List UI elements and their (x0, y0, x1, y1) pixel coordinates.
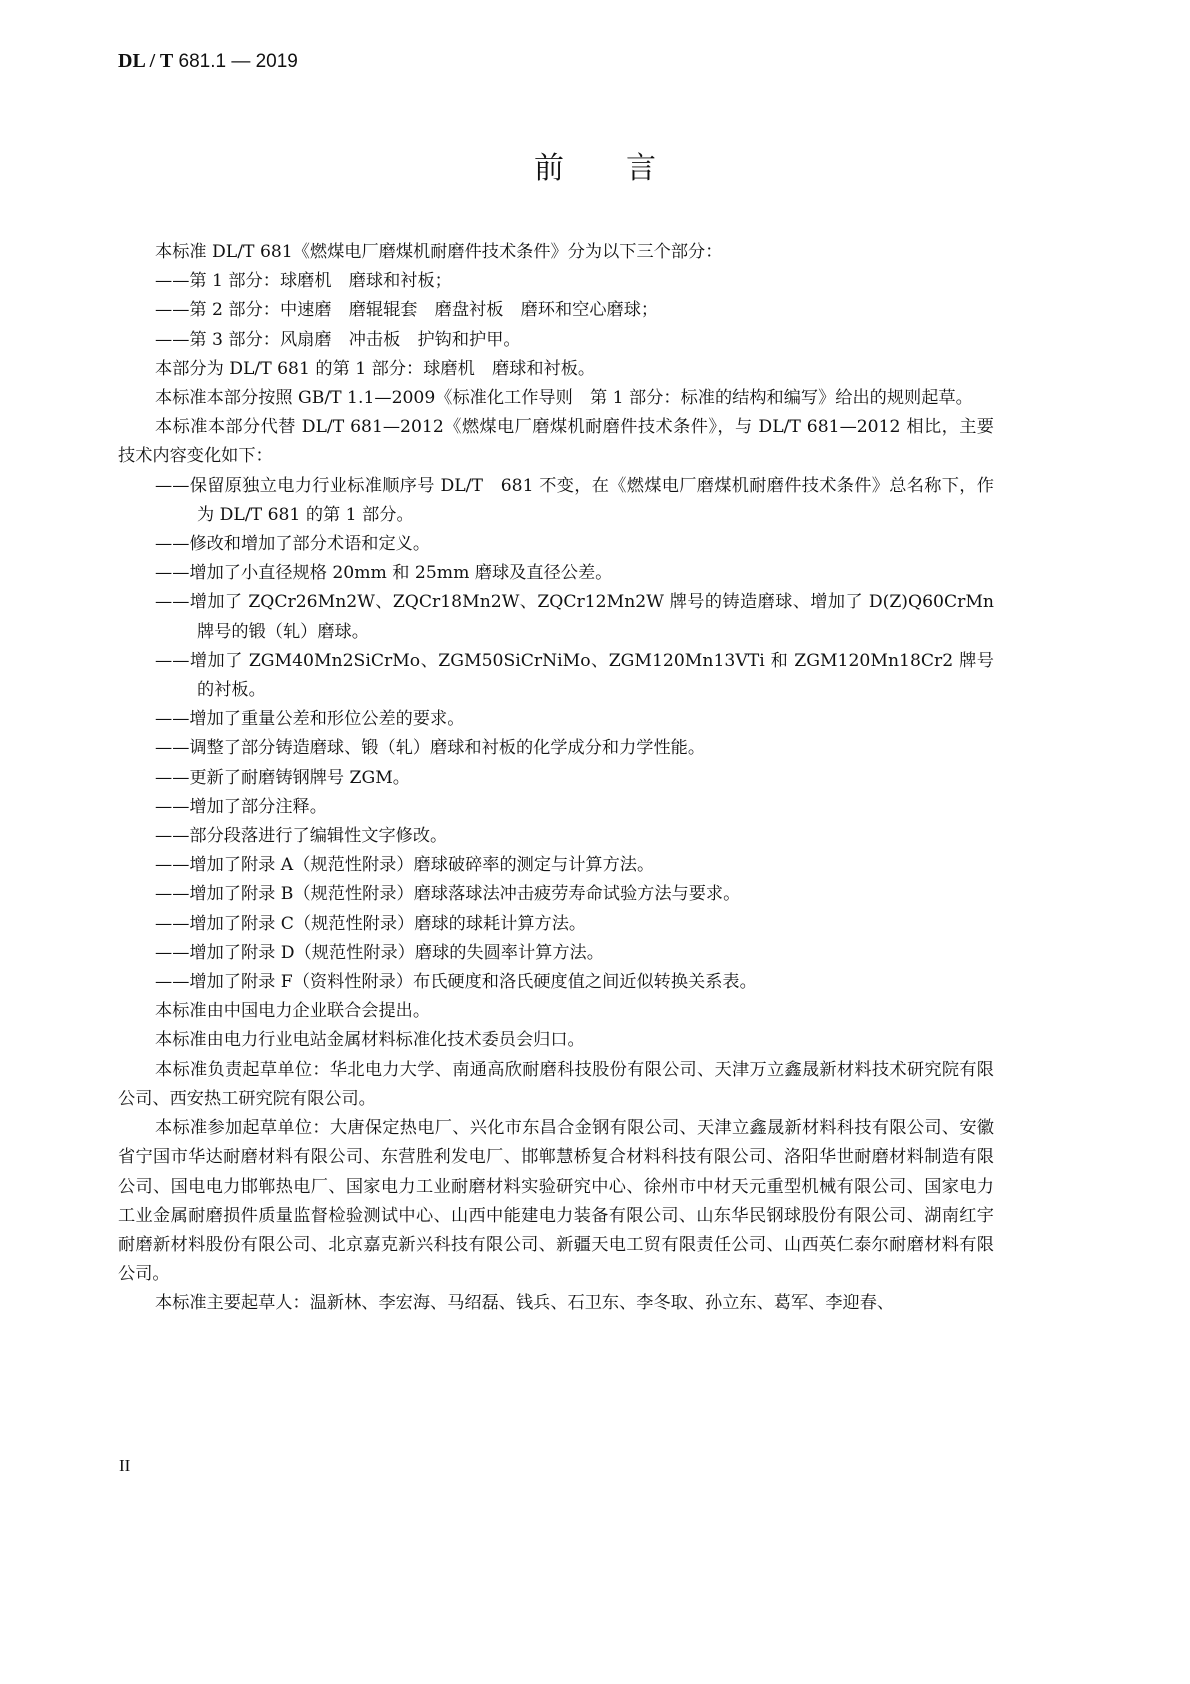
intro-paragraph: 本标准 DL/T 681《燃煤电厂磨煤机耐磨件技术条件》分为以下三个部分： (118, 238, 994, 267)
change-item: ——增加了附录 C（规范性附录）磨球的球耗计算方法。 (118, 910, 994, 939)
change-item: ——调整了部分铸造磨球、锻（轧）磨球和衬板的化学成分和力学性能。 (118, 734, 994, 763)
replaces-paragraph: 本标准本部分代替 DL/T 681—2012《燃煤电厂磨煤机耐磨件技术条件》，与… (118, 413, 994, 471)
change-item: ——增加了附录 D（规范性附录）磨球的失圆率计算方法。 (118, 939, 994, 968)
participating-drafters-paragraph: 本标准参加起草单位：大唐保定热电厂、兴化市东昌合金钢有限公司、天津立鑫晟新材料科… (118, 1114, 994, 1289)
this-part-paragraph: 本部分为 DL/T 681 的第 1 部分：球磨机 磨球和衬板。 (118, 355, 994, 384)
title-char-1: 前 (534, 143, 564, 187)
standard-code-prefix: DL / T (118, 50, 173, 72)
part-item: ——第 1 部分：球磨机 磨球和衬板； (118, 267, 994, 296)
change-item: ——增加了附录 B（规范性附录）磨球落球法冲击疲劳寿命试验方法与要求。 (118, 880, 994, 909)
drafting-rule-paragraph: 本标准本部分按照 GB/T 1.1—2009《标准化工作导则 第 1 部分：标准… (118, 384, 994, 413)
foreword-body: 本标准 DL/T 681《燃煤电厂磨煤机耐磨件技术条件》分为以下三个部分： ——… (118, 238, 994, 1319)
change-item: ——保留原独立电力行业标准顺序号 DL/T 681 不变，在《燃煤电厂磨煤机耐磨… (118, 472, 994, 530)
standard-code-header: DL / T 681.1 — 2019 (118, 50, 298, 73)
main-drafters-paragraph: 本标准主要起草人：温新林、李宏海、马绍磊、钱兵、石卫东、李冬取、孙立东、葛军、李… (118, 1289, 994, 1318)
change-item: ——更新了耐磨铸钢牌号 ZGM。 (118, 764, 994, 793)
change-item: ——增加了 ZGM40Mn2SiCrMo、ZGM50SiCrNiMo、ZGM12… (118, 647, 994, 705)
change-item: ——增加了附录 A（规范性附录）磨球破碎率的测定与计算方法。 (118, 851, 994, 880)
part-item: ——第 2 部分：中速磨 磨辊辊套 磨盘衬板 磨环和空心磨球； (118, 296, 994, 325)
standard-code-number: 681.1 — 2019 (173, 51, 298, 72)
page-number: II (119, 1456, 130, 1476)
change-item: ——部分段落进行了编辑性文字修改。 (118, 822, 994, 851)
proposed-by-paragraph: 本标准由中国电力企业联合会提出。 (118, 997, 994, 1026)
change-item: ——增加了 ZQCr26Mn2W、ZQCr18Mn2W、ZQCr12Mn2W 牌… (118, 588, 994, 646)
change-item: ——增加了小直径规格 20mm 和 25mm 磨球及直径公差。 (118, 559, 994, 588)
change-item: ——增加了部分注释。 (118, 793, 994, 822)
part-item: ——第 3 部分：风扇磨 冲击板 护钩和护甲。 (118, 326, 994, 355)
change-item: ——修改和增加了部分术语和定义。 (118, 530, 994, 559)
page-title: 前言 (0, 143, 1190, 187)
managed-by-paragraph: 本标准由电力行业电站金属材料标准化技术委员会归口。 (118, 1026, 994, 1055)
title-char-2: 言 (626, 143, 656, 187)
lead-drafters-paragraph: 本标准负责起草单位：华北电力大学、南通高欣耐磨科技股份有限公司、天津万立鑫晟新材… (118, 1056, 994, 1114)
change-item: ——增加了重量公差和形位公差的要求。 (118, 705, 994, 734)
change-item: ——增加了附录 F（资料性附录）布氏硬度和洛氏硬度值之间近似转换关系表。 (118, 968, 994, 997)
